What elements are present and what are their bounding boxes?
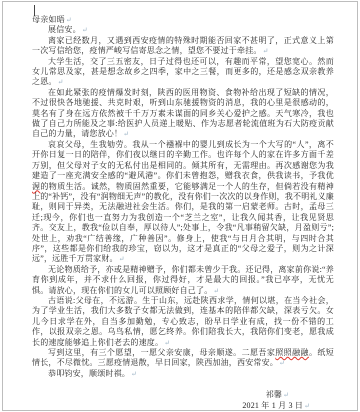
paragraph-mark-icon: ↵ <box>123 130 129 138</box>
paragraph-mark-icon: ↵ <box>283 391 289 399</box>
paragraph: 古语说:父母在，不远游。生于山东，远赴陕西求学，情何以堪，在当今社会，为了学业生… <box>32 296 334 348</box>
paragraph-mark-icon: ↵ <box>58 78 64 86</box>
paragraph-text: 恭叩钧安，顺颂时祺。 <box>48 369 130 378</box>
paragraph: 哀哀父母，生我劬劳。我从一个襁褓中的婴儿到成长为一个大写的“人”，离不开你日复一… <box>32 140 334 265</box>
signature: 祁馨↵ <box>32 390 334 400</box>
paragraph: 离家已经数月，又遇到西安疫情的特殊时期能否回家不甚明了，正式意义上第一次写信给您… <box>32 36 334 57</box>
paragraph-text: 大学生活，交了三五密友，日子过得也还可以，有趣而平常，望您宽心。然而女儿常思及家… <box>32 57 334 87</box>
date: 2021 年 1 月 3 日↵ <box>32 401 334 411</box>
paragraph: 写到这里，有三个愿望，一愿父亲安康，母亲顺遂。二愿吾家照照融融。纸短情长，不尽微… <box>32 348 334 369</box>
paragraph: 大学生活，交了三五密友，日子过得也还可以，有趣而平常，望您宽心。然而女儿常思及家… <box>32 57 334 88</box>
signature-text: 祁馨 <box>266 390 282 399</box>
paragraph-mark-icon: ↵ <box>119 255 125 263</box>
spellcheck-flagged-text: 照照融融 <box>275 348 309 357</box>
signature-block: 祁馨↵ 2021 年 1 月 3 日↵ <box>32 390 334 411</box>
salutation: 母亲如晤↵ <box>32 15 334 25</box>
paragraph-text: 古语说:父母在，不远游。生于山东，远赴陕西求学，情何以堪，在当今社会，为了学业生… <box>32 296 334 347</box>
date-text: 2021 年 1 月 3 日 <box>242 401 303 410</box>
paragraph-mark-icon: ↵ <box>279 359 285 367</box>
paragraph-text: 展信安。 <box>48 25 81 34</box>
paragraph-mark-icon: ↵ <box>131 370 137 378</box>
paragraph: 无论物质给予，亦或是精神赠予，你们都未曾少于我。还记得，离家前你说:“养育你到成… <box>32 265 334 296</box>
paragraph-text: 在如此紧张的疫情爆发时刻，陕西的医用物资、食物补给出现了短缺的情况，不过很快各地… <box>32 88 334 139</box>
paragraph-mark-icon: ↵ <box>263 47 269 55</box>
paragraph-mark-icon: ↵ <box>82 26 88 34</box>
paragraph: 在如此紧张的疫情爆发时刻，陕西的医用物资、食物补给出现了短缺的情况，不过很快各地… <box>32 88 334 140</box>
paragraph-text: 哀哀父母，生我劬劳。我从一个襁褓中的婴儿到成长为一个大写的“人”，离不开你日复一… <box>32 140 334 180</box>
paragraph-mark-icon: ↵ <box>213 287 219 295</box>
salutation-text: 母亲如晤 <box>32 15 65 24</box>
paragraph-mark-icon: ↵ <box>66 16 72 24</box>
document-page[interactable]: 母亲如晤↵ 展信安。↵离家已经数月，又遇到西安疫情的特殊时期能否回家不甚明了，正… <box>2 1 358 411</box>
paragraph: 展信安。↵ <box>32 25 334 35</box>
paragraph-text: 写到这里，有三个愿望，一愿父亲安康，母亲顺遂。二愿吾家 <box>48 348 275 357</box>
paragraph-mark-icon: ↵ <box>304 402 310 410</box>
paragraph: 恭叩钧安，顺颂时祺。↵ <box>32 369 334 379</box>
paragraph-text: 的物质生活。诚然，物质固然重要，它能够满足一个人的生存，但倘若没有精神上的“补钙… <box>32 182 334 264</box>
paragraph-text: 无论物质给予，亦或是精神赠予，你们都未曾少于我。还记得，离家前你说:“养育你到成… <box>32 265 334 295</box>
letter-content: 母亲如晤↵ 展信安。↵离家已经数月，又遇到西安疫情的特殊时期能否回家不甚明了，正… <box>32 15 334 411</box>
paragraph-text: 离家已经数月，又遇到西安疫情的特殊时期能否回家不甚明了，正式意义上第一次写信给您… <box>32 36 334 55</box>
letter-body: 展信安。↵离家已经数月，又遇到西安疫情的特殊时期能否回家不甚明了，正式意义上第一… <box>32 25 334 379</box>
paragraph-mark-icon: ↵ <box>164 339 170 347</box>
